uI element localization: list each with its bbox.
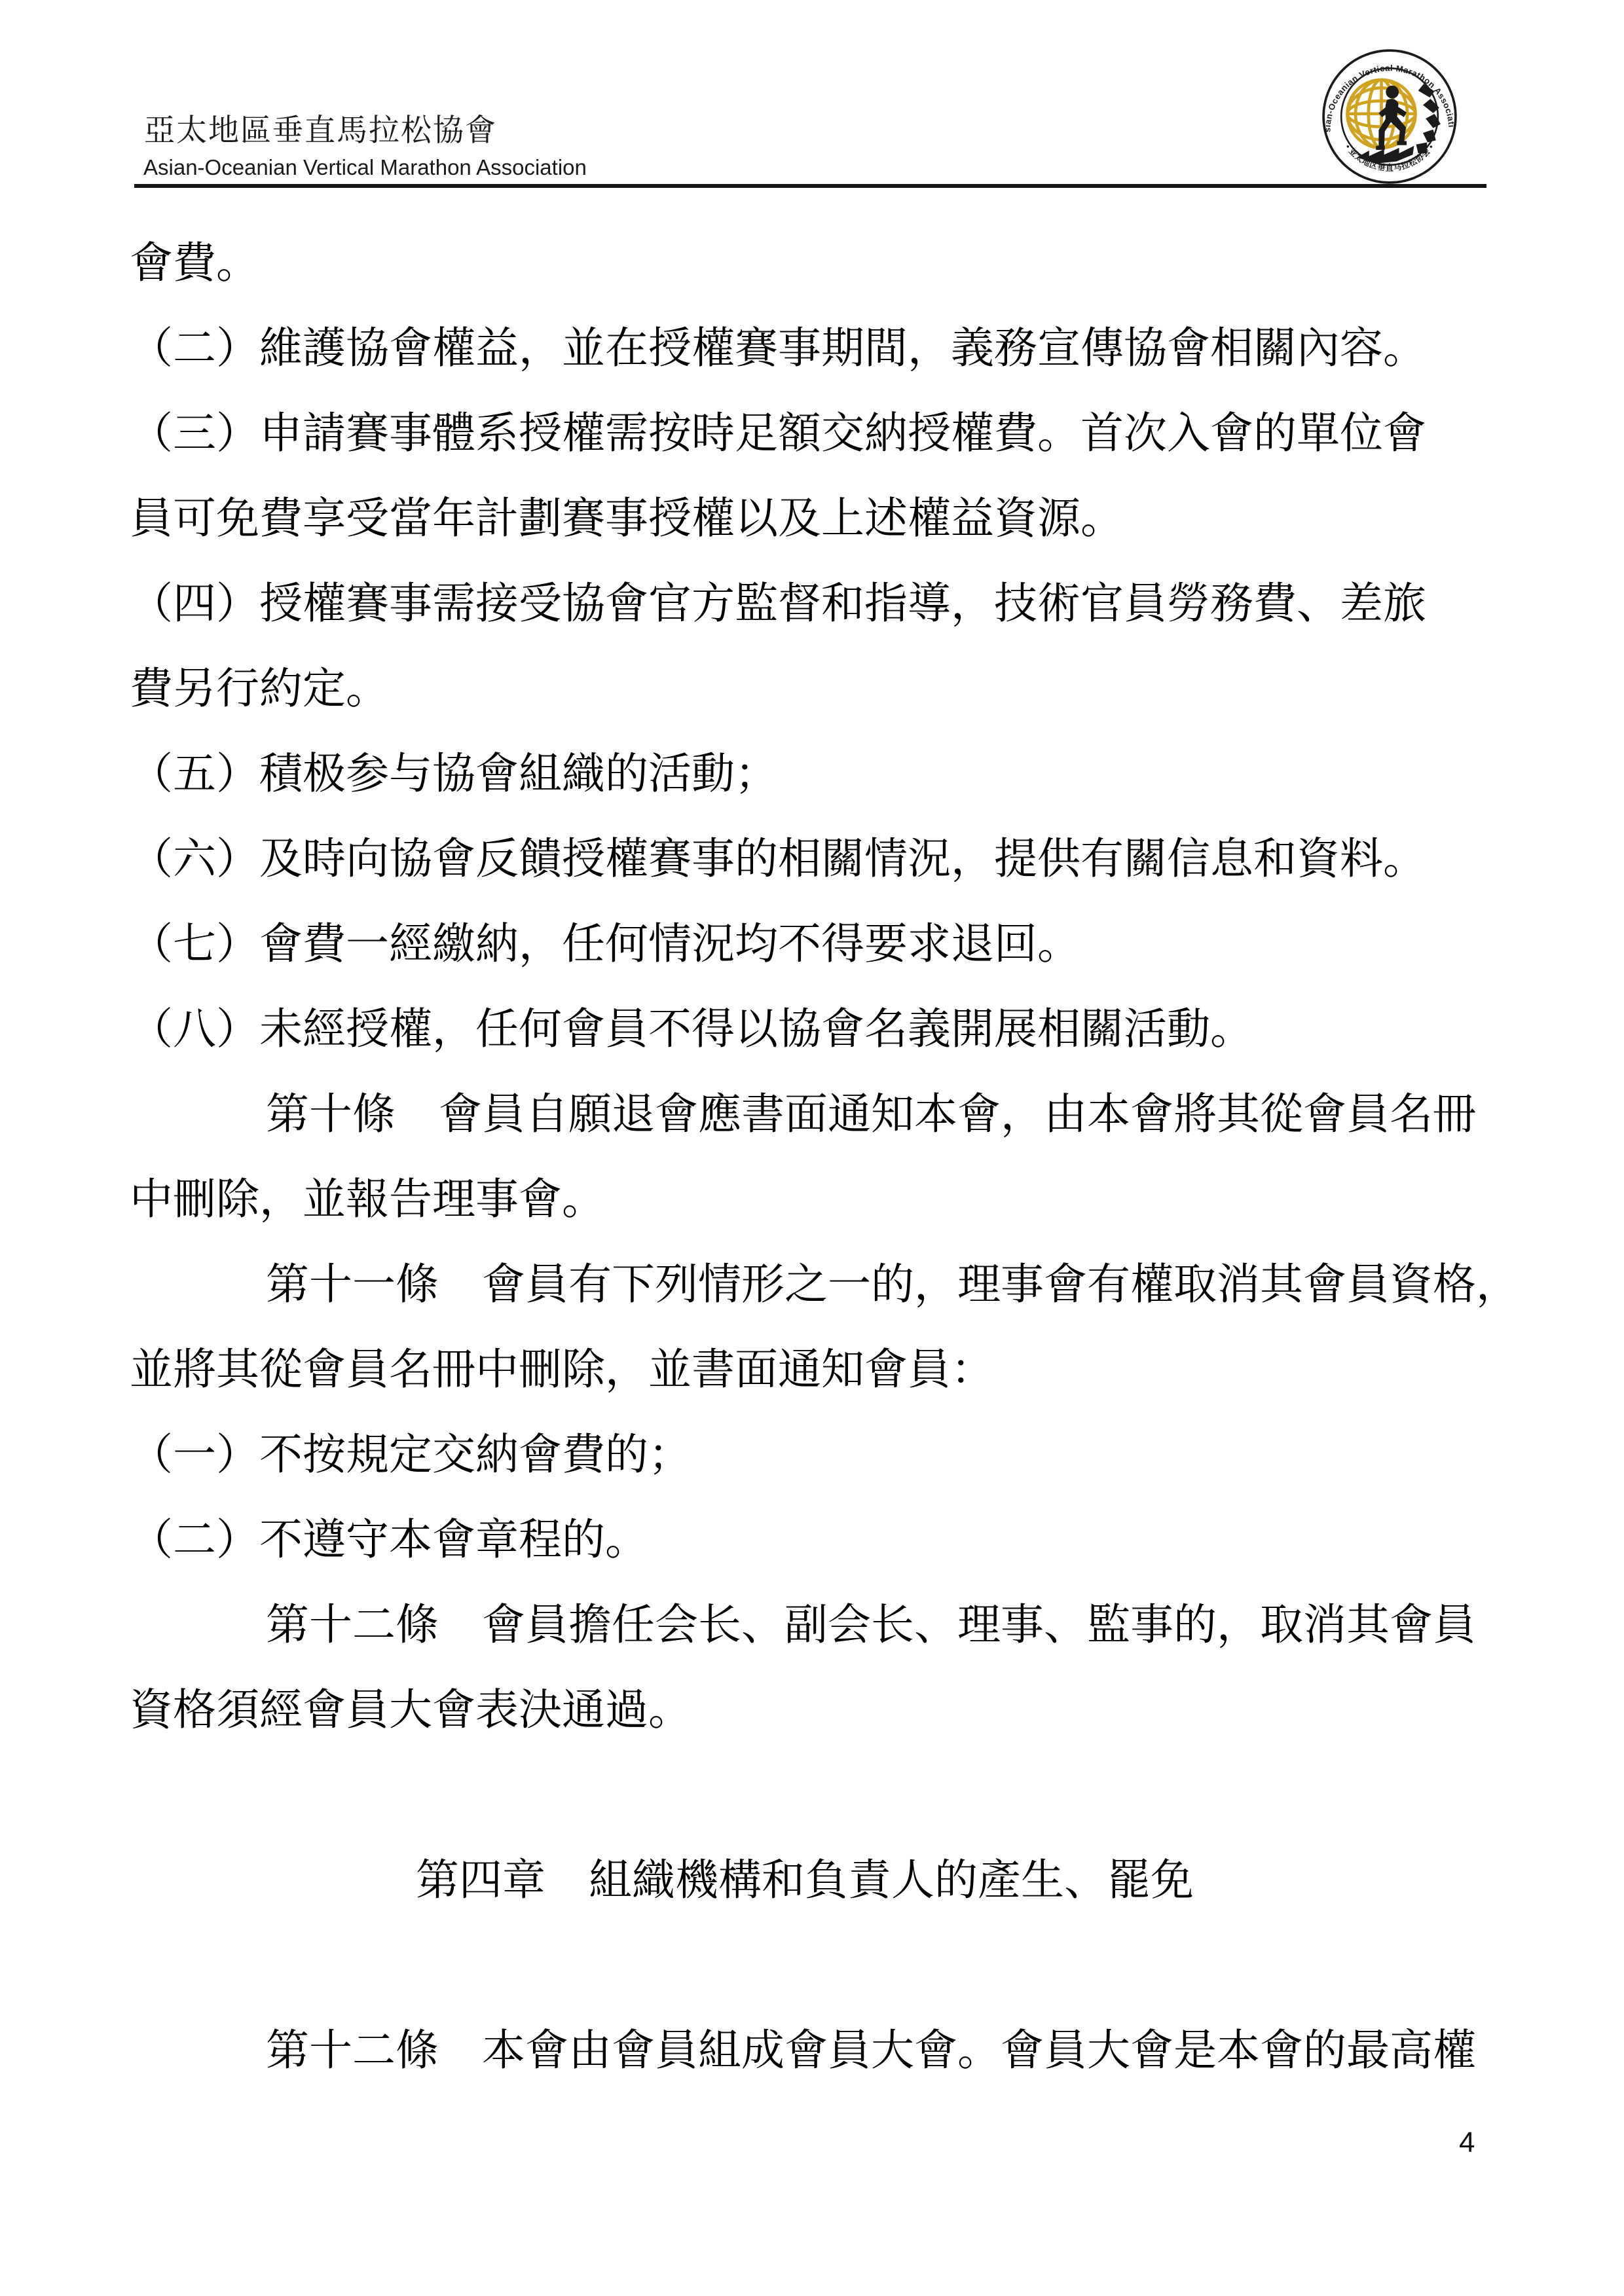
text-line: [130, 1923, 1480, 2009]
text-line: （三）申請賽事體系授權需按時足額交納授權費。首次入會的單位會: [130, 392, 1480, 477]
text-line: （一）不按規定交納會費的；: [130, 1413, 1480, 1498]
text-line: 第十二條 本會由會員組成會員大會。會員大會是本會的最高權: [130, 2009, 1480, 2094]
text-line: （七）會費一經繳納，任何情況均不得要求退回。: [130, 902, 1480, 987]
document-body: 會費。（二）維護協會權益，並在授權賽事期間，義務宣傳協會相關內容。（三）申請賽事…: [130, 221, 1480, 2094]
text-line: 第十二條 會員擔任会长、副会长、理事、監事的，取消其會員: [130, 1583, 1480, 1668]
text-line: [130, 1753, 1480, 1838]
text-line: 會費。: [130, 221, 1480, 306]
text-line: （五）積极参与協會組織的活動；: [130, 732, 1480, 817]
header-divider: [134, 184, 1486, 188]
page-number: 4: [1459, 2126, 1475, 2159]
text-line: （二）維護協會權益，並在授權賽事期間，義務宣傳協會相關內容。: [130, 306, 1480, 392]
text-line: 第四章 組織機構和負責人的產生、罷免: [130, 1838, 1480, 1923]
org-name-chinese: 亞太地區垂直馬拉松協會: [144, 113, 497, 149]
text-line: 第十條 會員自願退會應書面通知本會，由本會將其從會員名冊: [130, 1072, 1480, 1157]
document-page: 亞太地區垂直馬拉松協會 Asian-Oceanian Vertical Mara…: [0, 0, 1624, 2296]
text-line: （六）及時向協會反饋授權賽事的相關情況，提供有關信息和資料。: [130, 817, 1480, 902]
text-line: 員可免費享受當年計劃賽事授權以及上述權益資源。: [130, 477, 1480, 562]
text-line: 資格須經會員大會表決通過。: [130, 1668, 1480, 1753]
text-line: （八）未經授權，任何會員不得以協會名義開展相關活動。: [130, 987, 1480, 1072]
text-line: 第十一條 會員有下列情形之一的，理事會有權取消其會員資格，: [130, 1243, 1480, 1328]
text-line: （四）授權賽事需接受協會官方監督和指導，技術官員勞務費、差旅: [130, 562, 1480, 647]
association-logo: Asian-Oceanian Vertical Marathon Associa…: [1321, 48, 1458, 185]
text-line: 並將其從會員名冊中刪除，並書面通知會員：: [130, 1328, 1480, 1413]
text-line: 費另行約定。: [130, 647, 1480, 732]
text-line: 中刪除，並報告理事會。: [130, 1157, 1480, 1243]
org-name-english: Asian-Oceanian Vertical Marathon Associa…: [143, 155, 587, 181]
text-line: （二）不遵守本會章程的。: [130, 1498, 1480, 1583]
